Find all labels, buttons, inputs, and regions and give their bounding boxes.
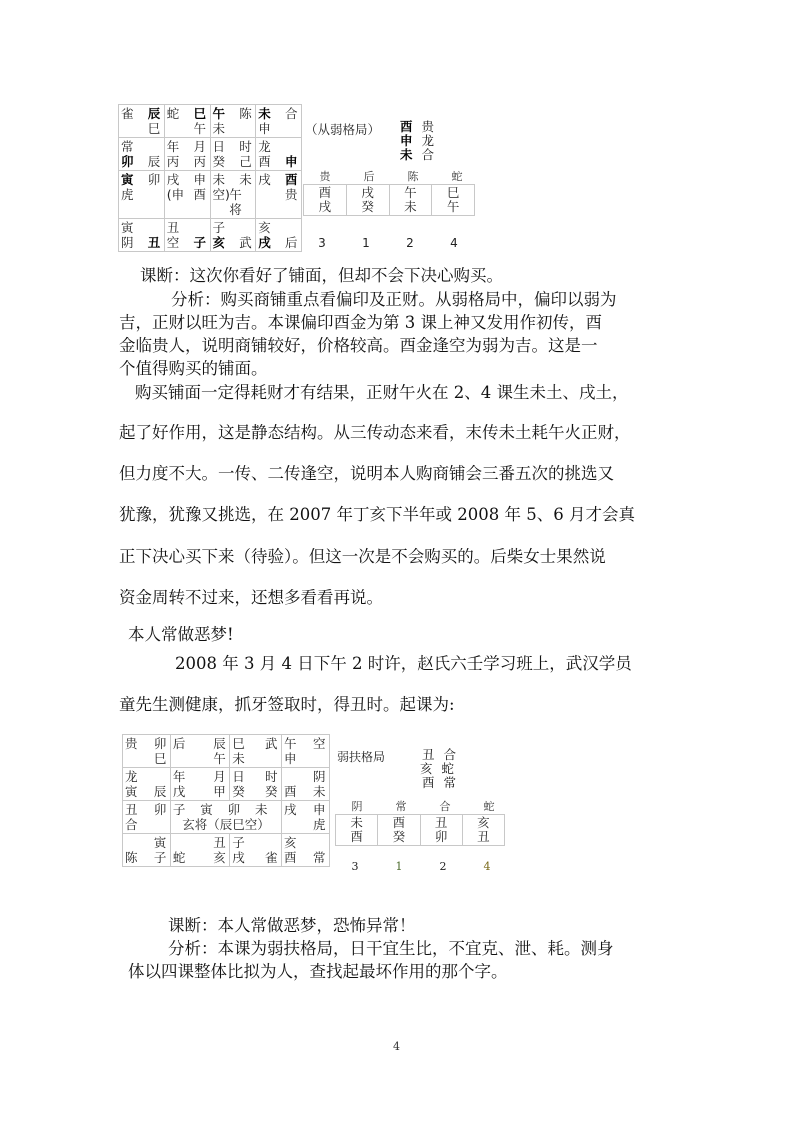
ke-top: 午 [390, 186, 432, 200]
cell-text: 合 [125, 817, 139, 832]
chuan-row: 酉贵 [400, 120, 434, 134]
body-line: 购买铺面一定得耗财才有结果，正财午火在 2、4 课生未土、戌土， [135, 379, 755, 403]
cell-text: 酉 [285, 172, 299, 187]
table-row: 贵卯巳 后辰午 巳武未 午空申 [123, 735, 330, 768]
ke-number: 4 [465, 860, 509, 873]
cell-text: 亥 [213, 850, 227, 865]
ke-header: 后 [347, 168, 391, 184]
ke-top: 戌 [347, 186, 389, 200]
cell-text: 辰 [154, 784, 168, 799]
ke-top: 亥 [463, 816, 504, 830]
cell-text: 玄将（辰巳空） [173, 817, 279, 832]
cell-text: 酉 [284, 784, 298, 799]
cell-text: 癸 [265, 784, 279, 799]
cell-text: 合 [285, 106, 299, 121]
cell-text: 亥 [213, 235, 227, 250]
cell-text: 时 [265, 769, 279, 784]
ke-header: 蛇 [435, 168, 479, 184]
cell-text: 丑 [148, 235, 162, 250]
body-line: 起了好作用，这是静态结构。从三传动态来看，末传未土耗午火正财， [119, 419, 739, 443]
cell-text: 巳 [148, 121, 162, 136]
ke-headers: 贵 后 陈 蛇 [303, 168, 479, 184]
chuan-branch: 酉 [422, 776, 435, 790]
cell-text: 未 [313, 784, 327, 799]
cell-text: 未 [239, 172, 253, 187]
cell-text: 后 [285, 235, 299, 250]
cell-text: 巳 [232, 736, 246, 751]
verdict-line: 课断：本人常做恶梦，恐怖异常！ [168, 912, 788, 936]
chuan-row: 未合 [400, 148, 434, 162]
chuan-god: 蛇 [442, 762, 455, 776]
cell-text: 雀 [265, 850, 279, 865]
cell-text: 己 [239, 154, 253, 169]
cell-text: 戌 [167, 172, 181, 187]
analysis-line: 金临贵人，说明商铺较好，价格较高。酉金逢空为弱为吉。这是一 [119, 332, 739, 356]
cell-text: 丑 [125, 802, 139, 817]
cell-text: 戌 [258, 172, 272, 187]
cell-text: 酉 [194, 187, 208, 202]
cell-text: 武 [265, 736, 279, 751]
chuan-god: 常 [444, 776, 457, 790]
body-line: 正下决心买下来（待验）。但这一次是不会购买的。后柴女士果然说 [119, 543, 739, 567]
ke-headers: 阴 常 合 蛇 [335, 798, 511, 814]
cell-text: 寅 [154, 835, 168, 850]
ke-bottom: 丑 [463, 830, 504, 844]
cell-text: 亥 [284, 835, 298, 850]
ke-number: 3 [300, 236, 344, 250]
cell-text: 虎 [313, 817, 327, 832]
analysis-line: 分析：本课为弱扶格局，日干宜生比，不宜克、泄、耗。测身 [168, 935, 788, 959]
ke-top: 未 [336, 816, 377, 830]
cell-text: 午 [194, 121, 208, 136]
cell-text: 阴 [121, 235, 135, 250]
cell-text: 酉 [258, 154, 272, 169]
cell-text: 卯 [228, 802, 242, 817]
cell-text: 陈 [125, 850, 139, 865]
cell-text: 辰 [148, 106, 162, 121]
ke-top: 酉 [378, 816, 419, 830]
cell-text: 子 [213, 220, 227, 235]
ke-header: 蛇 [467, 798, 511, 814]
ke-number: 2 [388, 236, 432, 250]
cell-text: 空) [213, 187, 230, 217]
cell-text: 未 [255, 802, 269, 817]
four-ke-table-1: 酉戌 戌癸 午未 巳午 [303, 184, 475, 216]
ke-top: 丑 [421, 816, 462, 830]
table-row: 酉戌 戌癸 午未 巳午 [304, 185, 475, 216]
ke-top: 巳 [432, 186, 474, 200]
cell-text: 申 [313, 802, 327, 817]
table-row: 常卯辰 年月丙丙 日时癸己 龙酉申 [119, 138, 302, 171]
cell-text: 虎 [121, 187, 135, 202]
page-number: 4 [393, 1040, 400, 1053]
cell-text: 常 [121, 139, 135, 154]
cell-text: 癸 [232, 784, 246, 799]
cell-text: 蛇 [173, 850, 187, 865]
cell-text: 甲 [213, 784, 227, 799]
chuan-branch: 丑 [422, 748, 435, 762]
cell-text: 月 [194, 139, 208, 154]
body-line: 犹豫，犹豫又挑选，在 2007 年丁亥下半年或 2008 年 5、6 月才会真 [119, 501, 739, 525]
cell-text: 寅 [121, 220, 135, 235]
ke-bottom: 癸 [347, 200, 389, 214]
table-row: 龙寅辰 年月戊甲 日时癸癸 阴酉未 [123, 768, 330, 801]
cell-text: 寅 [121, 172, 135, 187]
four-ke-table-2: 未酉 酉癸 丑卯 亥丑 [335, 814, 505, 846]
analysis-line: 吉，正财以旺为吉。本课偏印酉金为第 3 课上神又发用作初传，酉 [119, 309, 739, 333]
cell-text: 未 [213, 172, 227, 187]
ke-bottom: 未 [390, 200, 432, 214]
intro-line: 童先生测健康，抓牙签取时，得丑时。起课为: [119, 691, 739, 715]
chuan-branch: 申 [400, 134, 413, 148]
cell-text: 月 [213, 769, 227, 784]
cell-text: 丙 [194, 154, 208, 169]
chuan-row: 申龙 [400, 134, 434, 148]
analysis-line: 体以四课整体比拟为人，查找起最坏作用的那个字。 [128, 958, 748, 982]
cell-text: (申 [167, 187, 184, 202]
cell-text: 午 [284, 736, 298, 751]
cell-text: 未 [213, 121, 227, 136]
cell-text: 子 [194, 235, 208, 250]
pattern-label: 弱扶格局 [337, 748, 385, 765]
table-row: 雀辰巳 蛇巳午 午陈未 未合申 [119, 105, 302, 138]
section-title: 本人常做恶梦! [128, 621, 748, 645]
chuan-god: 合 [444, 748, 457, 762]
cell-text: 戌 [232, 850, 246, 865]
cell-text: 午 [213, 751, 227, 766]
ke-header: 合 [423, 798, 467, 814]
cell-text: 卯 [154, 802, 168, 817]
cell-text: 寅 [125, 784, 139, 799]
table-row: 寅卯虎 戌申(申酉 未未空)午将 戌酉贵 [119, 171, 302, 219]
cell-text: 空 [167, 235, 181, 250]
cell-text: 辰 [213, 736, 227, 751]
ke-numbers: 3 1 2 4 [300, 236, 476, 250]
cell-text: 辰 [148, 154, 162, 169]
cell-text: 日 [213, 139, 227, 154]
ke-number: 3 [333, 860, 377, 873]
verdict-line: 课断：这次你看好了铺面，但却不会下决心购买。 [140, 262, 760, 286]
cell-text: 年 [167, 139, 181, 154]
cell-text: 未 [232, 751, 246, 766]
ke-numbers: 3 1 2 4 [333, 860, 509, 873]
ke-header: 陈 [391, 168, 435, 184]
chuan-row: 丑合 [420, 748, 456, 762]
cell-text: 寅 [200, 802, 214, 817]
cell-text: 空 [313, 736, 327, 751]
cell-text: 子 [154, 850, 168, 865]
ke-number: 2 [421, 860, 465, 873]
cell-text: 卯 [148, 172, 162, 187]
cell-text: 癸 [213, 154, 227, 169]
ke-header: 常 [379, 798, 423, 814]
cell-text: 陈 [239, 106, 253, 121]
chuan-god: 贵 [422, 120, 435, 134]
cell-text: 戌 [258, 235, 272, 250]
cell-text: 巳 [194, 106, 208, 121]
cell-text: 午将 [229, 187, 253, 217]
cell-text: 贵 [285, 187, 299, 202]
cell-text: 丙 [167, 154, 181, 169]
cell-text: 贵 [125, 736, 139, 751]
ke-number: 1 [377, 860, 421, 873]
chuan-row: 亥蛇 [420, 762, 456, 776]
chuan-god: 合 [422, 148, 435, 162]
cell-text: 子 [232, 835, 246, 850]
table-row: 寅阴丑 丑空子 子亥武 亥戌后 [119, 219, 302, 252]
cell-text: 日 [232, 769, 246, 784]
four-lessons-table-1: 雀辰巳 蛇巳午 午陈未 未合申 常卯辰 年月丙丙 日时癸己 龙酉申 寅卯虎 戌申… [118, 104, 302, 252]
chuan-branch: 未 [400, 148, 413, 162]
cell-text: 后 [173, 736, 187, 751]
ke-bottom: 卯 [421, 830, 462, 844]
cell-text: 武 [239, 235, 253, 250]
cell-text: 午 [213, 106, 227, 121]
cell-text: 卯 [154, 736, 168, 751]
body-line: 资金周转不过来，还想多看看再说。 [119, 584, 739, 608]
cell-text: 卯 [121, 154, 135, 169]
ke-bottom: 午 [432, 200, 474, 214]
ke-top: 酉 [304, 186, 346, 200]
cell-text: 亥 [258, 220, 272, 235]
chuan-god: 龙 [422, 134, 435, 148]
chuan-row: 酉常 [420, 776, 456, 790]
analysis-line: 分析：购买商铺重点看偏印及正财。从弱格局中，偏印以弱为 [171, 286, 791, 310]
ke-number: 4 [432, 236, 476, 250]
san-chuan: 酉贵 申龙 未合 [400, 120, 434, 162]
cell-text: 龙 [258, 139, 272, 154]
ke-number: 1 [344, 236, 388, 250]
cell-text: 丑 [213, 835, 227, 850]
ke-bottom: 酉 [336, 830, 377, 844]
cell-text: 丑 [167, 220, 181, 235]
cell-text: 戌 [284, 802, 298, 817]
cell-text: 阴 [313, 769, 327, 784]
cell-text: 常 [313, 850, 327, 865]
intro-line: 2008 年 3 月 4 日下午 2 时许，赵氏六壬学习班上，武汉学员 [175, 650, 793, 674]
body-line: 但力度不大。一传、二传逢空，说明本人购商铺会三番五次的挑选又 [119, 460, 739, 484]
cell-text: 龙 [125, 769, 139, 784]
table-row: 丑卯合 子寅卯未玄将（辰巳空） 戌申虎 [123, 801, 330, 834]
table-row: 寅陈子 丑蛇亥 子戌雀 亥酉常 [123, 834, 330, 867]
cell-text: 戊 [173, 784, 187, 799]
cell-text: 申 [258, 121, 272, 136]
cell-text: 酉 [284, 850, 298, 865]
ke-bottom: 戌 [304, 200, 346, 214]
pattern-label: （从弱格局） [305, 120, 380, 138]
cell-text: 雀 [121, 106, 135, 121]
cell-text: 子 [173, 802, 187, 817]
cell-text: 未 [258, 106, 272, 121]
cell-text: 申 [284, 751, 298, 766]
analysis-line: 个值得购买的铺面。 [119, 355, 739, 379]
cell-text: 时 [239, 139, 253, 154]
cell-text: 巳 [154, 751, 168, 766]
cell-text: 申 [194, 172, 208, 187]
san-chuan: 丑合 亥蛇 酉常 [420, 748, 456, 790]
ke-bottom: 癸 [378, 830, 419, 844]
chuan-branch: 酉 [400, 120, 413, 134]
cell-text: 申 [285, 154, 299, 169]
cell-text: 蛇 [167, 106, 181, 121]
ke-header: 贵 [303, 168, 347, 184]
ke-header: 阴 [335, 798, 379, 814]
four-lessons-table-2: 贵卯巳 后辰午 巳武未 午空申 龙寅辰 年月戊甲 日时癸癸 阴酉未 丑卯合 子寅… [122, 734, 330, 867]
table-row: 未酉 酉癸 丑卯 亥丑 [336, 815, 505, 846]
chuan-branch: 亥 [420, 762, 433, 776]
cell-text: 年 [173, 769, 187, 784]
